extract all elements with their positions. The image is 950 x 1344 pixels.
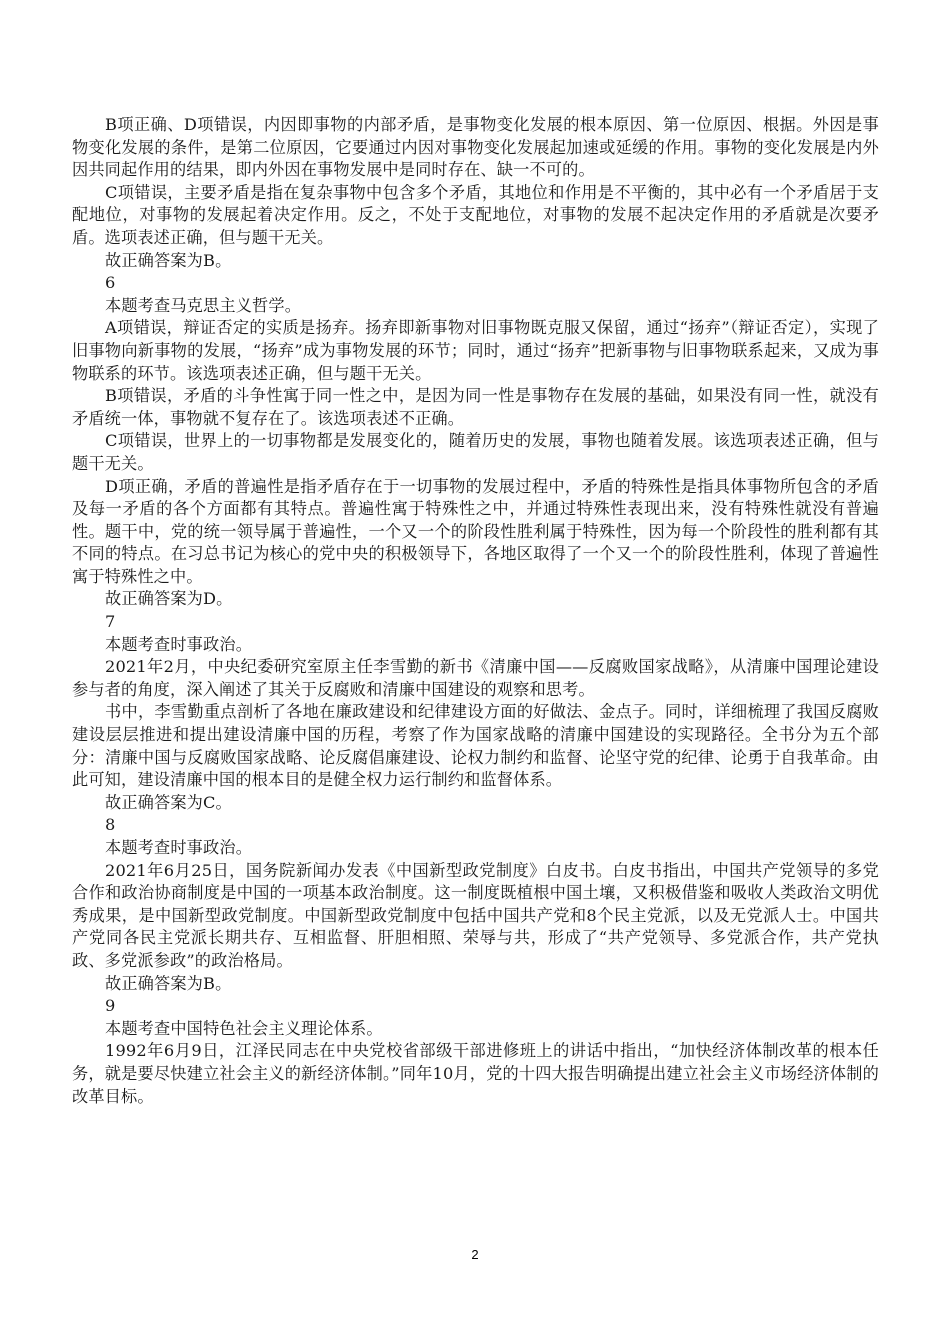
paragraph-option-b-d: B项正确、D项错误，内因即事物的内部矛盾，是事物变化发展的根本原因、第一位原因、… <box>72 114 879 182</box>
paragraph-option-a: A项错误，辩证否定的实质是扬弃。扬弃即新事物对旧事物既克服又保留，通过“扬弃”（… <box>72 317 879 385</box>
answer-line: 故正确答案为D。 <box>72 588 879 611</box>
topic-line: 本题考查中国特色社会主义理论体系。 <box>72 1018 879 1041</box>
document-body: B项正确、D项错误，内因即事物的内部矛盾，是事物变化发展的根本原因、第一位原因、… <box>72 114 879 1108</box>
topic-line: 本题考查时事政治。 <box>72 634 879 657</box>
page-number: 2 <box>0 1247 950 1262</box>
paragraph-option-c: C项错误，主要矛盾是指在复杂事物中包含多个矛盾，其地位和作用是不平衡的，其中必有… <box>72 182 879 250</box>
paragraph-option-c: C项错误，世界上的一切事物都是发展变化的，随着历史的发展，事物也随着发展。该选项… <box>72 430 879 475</box>
paragraph-explanation: 2021年2月，中央纪委研究室原主任李雪勤的新书《清廉中国——反腐败国家战略》，… <box>72 656 879 701</box>
question-number: 9 <box>72 995 879 1018</box>
paragraph-option-b: B项错误，矛盾的斗争性寓于同一性之中，是因为同一性是事物存在发展的基础，如果没有… <box>72 385 879 430</box>
answer-line: 故正确答案为B。 <box>72 973 879 996</box>
topic-line: 本题考查马克思主义哲学。 <box>72 295 879 318</box>
question-number: 8 <box>72 814 879 837</box>
paragraph-option-d: D项正确，矛盾的普遍性是指矛盾存在于一切事物的发展过程中，矛盾的特殊性是指具体事… <box>72 476 879 589</box>
topic-line: 本题考查时事政治。 <box>72 837 879 860</box>
paragraph-explanation: 2021年6月25日，国务院新闻办发表《中国新型政党制度》白皮书。白皮书指出，中… <box>72 860 879 973</box>
answer-line: 故正确答案为B。 <box>72 250 879 273</box>
question-number: 7 <box>72 611 879 634</box>
answer-line: 故正确答案为C。 <box>72 792 879 815</box>
question-number: 6 <box>72 272 879 295</box>
paragraph-explanation: 1992年6月9日，江泽民同志在中央党校省部级干部进修班上的讲话中指出，“加快经… <box>72 1040 879 1108</box>
paragraph-explanation: 书中，李雪勤重点剖析了各地在廉政建设和纪律建设方面的好做法、金点子。同时，详细梳… <box>72 701 879 791</box>
